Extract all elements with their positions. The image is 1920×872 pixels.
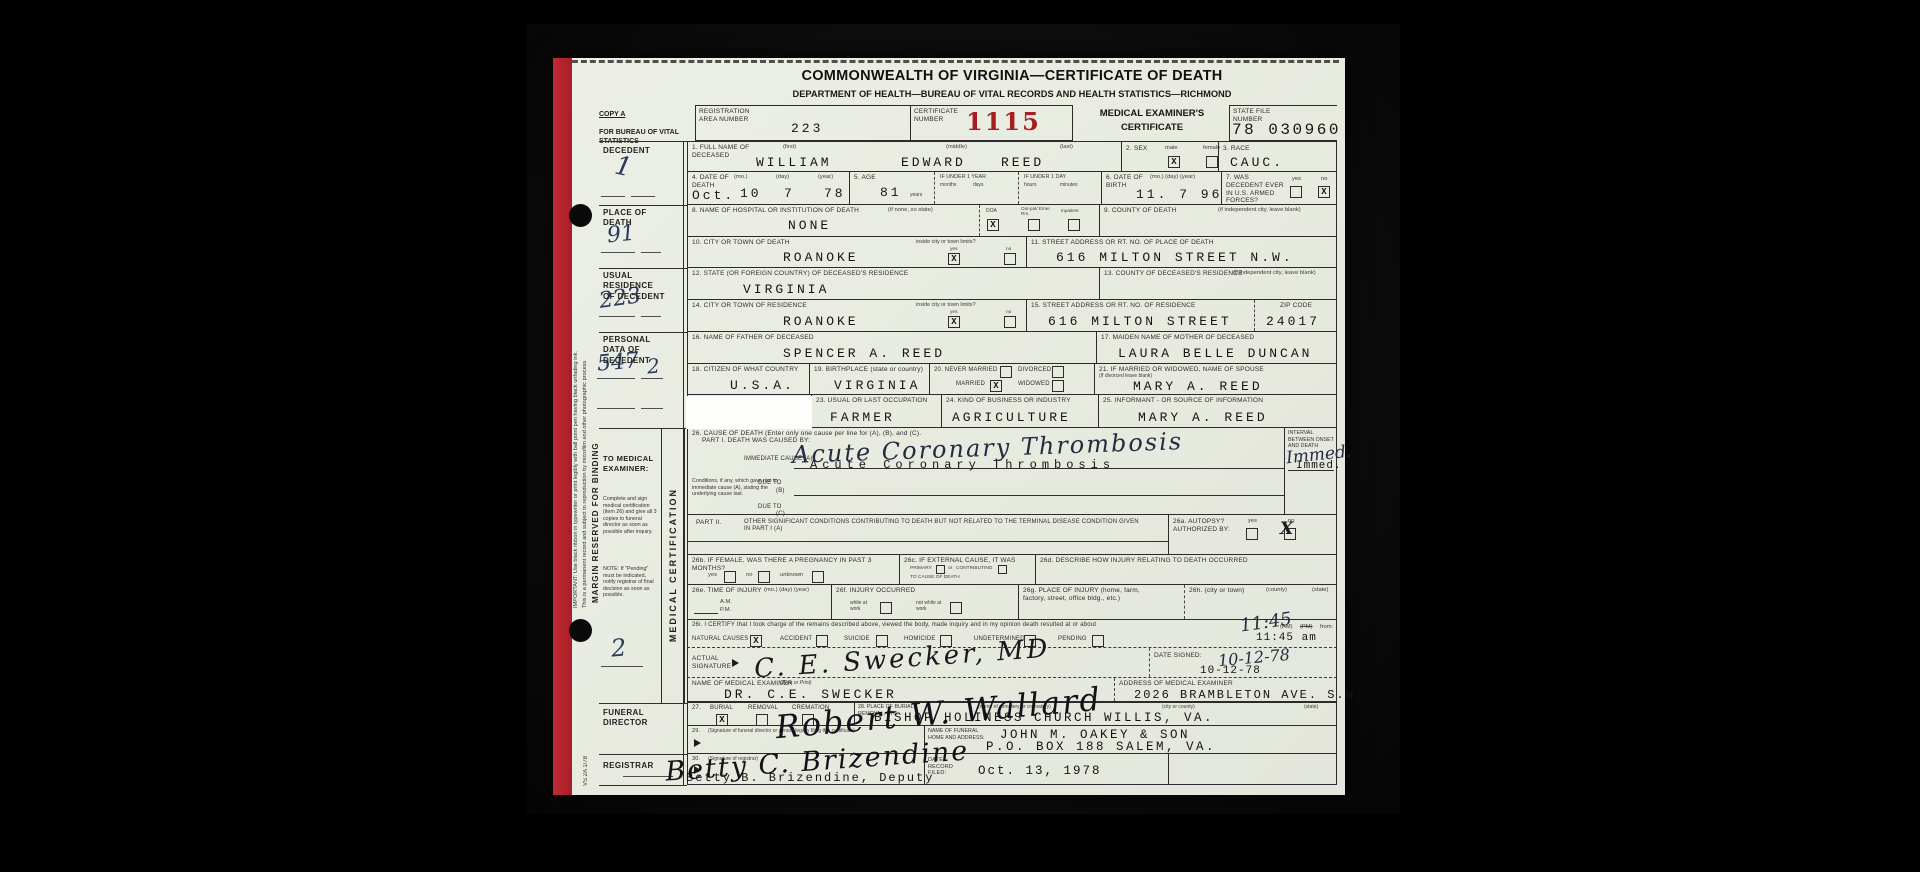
birthplace-label: 19. BIRTHPLACE (state or country) [814, 366, 926, 374]
pending-label: PENDING [1058, 636, 1087, 643]
registration-area-label: REGISTRATION AREA NUMBER [699, 108, 769, 124]
row-city-of-death: 10. CITY OR TOWN OF DEATH ROANOKE inside… [687, 237, 1337, 268]
res-limits-yes-label: yes [950, 310, 957, 315]
sex-male-checkbox: X [1168, 156, 1180, 168]
never-married-label: 20. NEVER MARRIED [934, 367, 997, 374]
margin-important-text: IMPORTANT: Use black ribbon in typewrite… [573, 263, 580, 608]
street-of-death-label: 11. STREET ADDRESS OR RT. NO. OF PLACE O… [1031, 239, 1214, 247]
age-label: 5. AGE [854, 174, 876, 182]
cause-of-death-section: 26. CAUSE OF DEATH (Enter only one cause… [687, 428, 1337, 515]
city-county-hint: (city or county) [1162, 704, 1195, 710]
me-cert-line1: MEDICAL EXAMINER'S [1077, 107, 1227, 121]
interval-cell [1284, 428, 1285, 514]
state-file-box: STATE FILE NUMBER 78 030960 [1229, 105, 1337, 141]
pm-paren-struck: (PM) [1300, 624, 1313, 630]
autopsy-yes-checkbox [1246, 528, 1258, 540]
widowed-label: WIDOWED [1018, 381, 1050, 388]
last-name-value: REED [1001, 155, 1044, 170]
preg-unknown-checkbox [812, 571, 824, 583]
injury-city-label: 26h. (city or town) [1189, 587, 1244, 595]
race-cell [1218, 142, 1219, 171]
perforated-edge [563, 60, 1339, 63]
while-at-work-checkbox [880, 602, 892, 614]
zip-label: ZIP CODE [1280, 302, 1312, 310]
registration-area-box: REGISTRATION AREA NUMBER 223 [695, 105, 911, 141]
res-limits-no-checkbox [1004, 316, 1016, 328]
contributing-checkbox [998, 565, 1007, 574]
armed-forces-cell [1221, 172, 1222, 204]
married-label: MARRIED [956, 381, 985, 388]
hospital-hint: (if none, so state) [888, 207, 933, 213]
autopsy-yes-label: yes [1248, 518, 1257, 524]
conditions-note: Conditions, if any, which gave rise to i… [692, 478, 786, 498]
res-limits-yes-checkbox: X [948, 316, 960, 328]
armed-forces-label: 7. WAS DECEDENT EVER IN U.S. ARMED FORCE… [1226, 174, 1288, 205]
copy-for-label: FOR BUREAU OF VITAL STATISTICS [599, 128, 679, 146]
widowed-checkbox [1052, 380, 1064, 392]
not-while-at-work-checkbox [950, 602, 962, 614]
race-value: CAUC. [1230, 155, 1284, 170]
informant-label: 25. INFORMANT - OR SOURCE OF INFORMATION [1103, 397, 1263, 405]
burial-checkbox: X [716, 714, 728, 726]
red-binding-band [553, 58, 572, 795]
under-1-day-cell [1018, 172, 1019, 204]
cell-26f [831, 585, 832, 619]
minutes-label: minutes [1060, 182, 1078, 188]
injury-county-label: (county) [1266, 587, 1287, 593]
divorced-label: DIVORCED [1018, 367, 1051, 374]
dob-hint: (mo.) (day) (year) [1150, 174, 1195, 180]
row-date-of-death: 4. DATE OF DEATH (mo.) (day) (year) Oct.… [687, 172, 1337, 205]
dob-cell [1101, 172, 1102, 204]
limits-label: inside city or town limits? [916, 239, 976, 245]
zip-value: 24017 [1266, 314, 1320, 329]
autopsy-cell [1168, 515, 1169, 554]
dob-value: 11. 7 96 [1136, 187, 1222, 202]
first-hint: (first) [783, 144, 796, 150]
death-year-value: 78 [824, 186, 846, 201]
preg-yes-label: yes [708, 572, 717, 578]
to-medical-examiner-note: Complete and sign medical certification … [603, 496, 659, 536]
limits-yes-checkbox: X [948, 253, 960, 265]
mother-cell [1096, 332, 1097, 363]
section-usual-residence: USUAL RESIDENCE OF DECEDENT [603, 271, 665, 302]
city-of-death-value: ROANOKE [783, 250, 859, 265]
document-subtitle: DEPARTMENT OF HEALTH—BUREAU OF VITAL REC… [687, 89, 1337, 99]
zip-cell [1254, 300, 1255, 331]
copy-label: COPY A [599, 111, 625, 118]
funeral-home-address: P.O. BOX 188 SALEM, VA. [986, 740, 1216, 754]
death-month-num-value: 10 [740, 186, 762, 201]
marital-cell [929, 364, 930, 394]
empty-right-cell [1168, 754, 1169, 784]
mother-label: 17. MAIDEN NAME OF MOTHER OF DECEASED [1101, 334, 1254, 342]
occupation-label: 23. USUAL OR LAST OCCUPATION [816, 397, 941, 405]
row-26b: 26b. IF FEMALE, WAS THERE A PREGNANCY IN… [687, 555, 1337, 585]
row-city-residence: 14. CITY OR TOWN OF RESIDENCE ROANOKE in… [687, 300, 1337, 332]
medical-certification-strip: MEDICAL CERTIFICATION [661, 428, 685, 703]
actual-signature-label: ACTUAL SIGNATURE [692, 655, 730, 671]
spouse-cell [1094, 364, 1095, 394]
time-of-injury-label: 26e. TIME OF INJURY [692, 587, 762, 595]
time-typed: 11:45 am [1256, 632, 1317, 644]
part2-label: PART II. [696, 519, 721, 527]
row-parents: 16. NAME OF FATHER OF DECEASED SPENCER A… [687, 332, 1337, 364]
medical-examiners-certificate-label: MEDICAL EXAMINER'S CERTIFICATE [1077, 107, 1227, 136]
place-of-injury-label: 26g. PLACE OF INJURY (home, farm, factor… [1023, 587, 1148, 603]
margin-reserved-text: MARGIN RESERVED FOR BINDING [591, 353, 600, 603]
accident-checkbox [816, 635, 828, 647]
state-residence-value: VIRGINIA [743, 282, 829, 297]
while-at-work-label: while at work [850, 600, 876, 612]
preg-no-checkbox [758, 571, 770, 583]
margin-important-note: IMPORTANT: Use black ribbon in typewrite… [573, 263, 589, 608]
natural-causes-label: NATURAL CAUSES [692, 636, 748, 643]
primary-checkbox [936, 565, 945, 574]
county-of-death-hint: (if independent city, leave blank) [1218, 207, 1301, 213]
informant-value: MARY A. REED [1138, 410, 1268, 425]
hospital-label: 8. NAME OF HOSPITAL OR INSTITUTION OF DE… [692, 207, 859, 215]
certificate-number-value: 1115 [966, 107, 1041, 136]
months-label: months [940, 182, 956, 188]
county-residence-cell [1099, 268, 1100, 299]
punch-hole [569, 204, 592, 227]
me-name-hint: (Type or Print) [780, 680, 812, 686]
describe-injury-label: 26d. DESCRIBE HOW INJURY RELATING TO DEA… [1040, 557, 1248, 565]
outpatient-checkbox [1028, 219, 1040, 231]
cell-26c [899, 555, 900, 584]
limits-yes-label: yes [950, 247, 957, 252]
county-residence-hint: (if independent city, leave blank) [1233, 270, 1316, 276]
sex-female-checkbox [1206, 156, 1218, 168]
county-of-death-cell [1099, 205, 1100, 236]
me-address-cell [1114, 678, 1115, 701]
or-label: or [948, 566, 952, 571]
res-limits-label: inside city or town limits? [916, 302, 976, 308]
age-cell [849, 172, 850, 204]
never-married-checkbox [1000, 366, 1012, 378]
hospital-value: NONE [788, 218, 831, 233]
time-of-injury-hint: (mo.) (day) (year) [764, 587, 809, 593]
inpatient-checkbox [1068, 219, 1080, 231]
middle-hint: (middle) [946, 144, 967, 150]
city-of-death-label: 10. CITY OR TOWN OF DEATH [692, 239, 790, 247]
industry-label: 24. KIND OF BUSINESS OR INDUSTRY [946, 397, 1071, 405]
occupation-value: FARMER [830, 410, 895, 425]
date-filed-value: Oct. 13, 1978 [978, 764, 1102, 778]
me-address-value: 2026 BRAMBLETON AVE. S.W. [1134, 688, 1364, 702]
father-value: SPENCER A. REED [783, 346, 945, 361]
citizen-value: U.S.A. [730, 378, 795, 393]
natural-causes-checkbox: X [750, 635, 762, 647]
divorced-checkbox [1052, 366, 1064, 378]
state-hint: (state) [1304, 704, 1318, 710]
from-label: from: [1320, 624, 1333, 630]
n29-label: 29. [692, 728, 700, 735]
first-name-value: WILLIAM [756, 155, 832, 170]
me-address-label: ADDRESS OF MEDICAL EXAMINER [1119, 680, 1233, 688]
birthplace-cell [809, 364, 810, 394]
industry-value: AGRICULTURE [952, 410, 1071, 425]
not-while-at-work-label: not while at work [916, 600, 946, 612]
pending-checkbox [1092, 635, 1104, 647]
under-1-day-label: IF UNDER 1 DAY [1024, 174, 1066, 180]
death-certificate-document: IMPORTANT: Use black ribbon in typewrite… [553, 58, 1345, 795]
sex-label: 2. SEX [1126, 145, 1147, 153]
sex-male-label: male [1165, 145, 1178, 151]
burial-label: BURIAL [710, 705, 733, 712]
certify-text: 26i. I CERTIFY that I took charge of the… [692, 622, 1244, 629]
doa-checkbox: X [987, 219, 999, 231]
section-to-medical-examiner: TO MEDICAL EXAMINER: [603, 454, 655, 474]
am-paren: (AM) [1280, 624, 1293, 630]
af-no-label: no [1321, 176, 1327, 182]
external-cause-label: 26c. IF EXTERNAL CAUSE, IT WAS [904, 557, 1016, 565]
days-label: days [973, 182, 984, 188]
pregnancy-label: 26b. IF FEMALE, WAS THERE A PREGNANCY IN… [692, 557, 872, 573]
citizen-label: 18. CITIZEN OF WHAT COUNTRY [692, 366, 802, 374]
cell-26d [1035, 555, 1036, 584]
limits-no-checkbox [1004, 253, 1016, 265]
informant-cell [1098, 395, 1099, 427]
to-medical-examiner-note2: NOTE: If "Pending" must be indicated, no… [603, 566, 659, 599]
margin-permanent-text: This is a permanent record and subject t… [582, 263, 589, 608]
inpatient-label: Inpatient [1061, 208, 1079, 213]
preg-unknown-label: unknown [780, 572, 803, 578]
preg-no-label: no [746, 572, 752, 578]
handwritten-margin-2b: 2 [610, 633, 628, 662]
state-file-value: 78 030960 [1232, 121, 1341, 139]
industry-cell [941, 395, 942, 427]
birthplace-value: VIRGINIA [834, 378, 920, 393]
af-yes-label: yes [1292, 176, 1301, 182]
limits-no-label: no [1006, 247, 1011, 252]
age-unit: years [910, 192, 922, 198]
to-cause-label: TO CAUSE OF DEATH [910, 575, 960, 580]
injury-occurred-label: 26f. INJURY OCCURRED [836, 587, 915, 595]
last-hint: (last) [1060, 144, 1073, 150]
doa-label: DOA [986, 208, 997, 214]
am-label: A.M. [720, 599, 732, 605]
section-place-of-death: PLACE OF DEATH [603, 208, 658, 229]
death-month-value: Oct. [692, 188, 735, 203]
punch-hole [569, 619, 592, 642]
certificate-number-label: CERTIFICATE NUMBER [914, 108, 974, 124]
cell-26g [1018, 585, 1019, 619]
n27-label: 27. [692, 705, 701, 712]
year-hint: (year) [818, 174, 833, 180]
autopsy-no-handwritten-x: X [1280, 519, 1293, 539]
certificate-number-box: CERTIFICATE NUMBER 1115 [911, 105, 1073, 141]
accident-label: ACCIDENT [780, 636, 812, 643]
screenshot: IMPORTANT: Use black ribbon in typewrite… [0, 0, 1920, 872]
street-residence-cell [1026, 300, 1027, 331]
row-hospital: 8. NAME OF HOSPITAL OR INSTITUTION OF DE… [687, 205, 1337, 237]
street-of-death-cell [1026, 237, 1027, 267]
day-hint: (day) [776, 174, 789, 180]
suicide-label: SUICIDE [844, 636, 870, 643]
county-of-death-label: 9. COUNTY OF DEATH [1104, 207, 1176, 215]
under-1-year-cell [934, 172, 935, 204]
row-state-residence: 12. STATE (OR FOREIGN COUNTRY) OF DECEAS… [687, 268, 1337, 300]
age-value: 81 [880, 185, 902, 200]
res-limits-no-label: no [1006, 310, 1011, 315]
preg-yes-checkbox [724, 571, 736, 583]
injury-state-label: (state) [1312, 587, 1328, 593]
section-personal-data: PERSONAL DATA OF DECEDENT [603, 335, 665, 366]
scan-photo-background: IMPORTANT: Use black ribbon in typewrite… [527, 24, 1400, 814]
row-occupation: 22. SOCIAL SECURITY NUMBER 23. USUAL OR … [687, 395, 1337, 428]
married-checkbox: X [990, 380, 1002, 392]
part2-text: OTHER SIGNIFICANT CONDITIONS CONTRIBUTIN… [744, 519, 1144, 533]
full-name-label: 1. FULL NAME OF DECEASED [692, 144, 752, 160]
contributing-label: CONTRIBUTING [956, 566, 993, 571]
under-1-year-label: IF UNDER 1 YEAR [940, 174, 986, 180]
cell-26h [1184, 585, 1185, 619]
me-cert-line2: CERTIFICATE [1077, 121, 1227, 135]
removal-checkbox [756, 714, 768, 726]
county-residence-label: 13. COUNTY OF DECEASED'S RESIDENCE [1104, 270, 1243, 278]
authorized-by-label: AUTHORIZED BY: [1173, 526, 1230, 534]
father-label: 16. NAME OF FATHER OF DECEASED [692, 334, 814, 342]
street-of-death-value: 616 MILTON STREET N.W. [1056, 250, 1294, 265]
medical-certification-label: MEDICAL CERTIFICATION [668, 488, 678, 642]
row-me-signature: ACTUAL SIGNATURE C. E. Swecker, MD DATE … [687, 648, 1337, 678]
mo-hint: (mo.) [734, 174, 748, 180]
primary-label: PRIMARY [910, 566, 932, 571]
mother-value: LAURA BELLE DUNCAN [1118, 346, 1312, 361]
form-number: VS 2A 1/78 [583, 736, 589, 786]
document-title: COMMONWEALTH OF VIRGINIA—CERTIFICATE OF … [687, 68, 1337, 84]
date-signed-label: DATE SIGNED: [1154, 652, 1202, 660]
death-day-value: 7 [784, 186, 795, 201]
race-label: 3. RACE [1223, 145, 1250, 153]
hours-label: hours [1024, 182, 1037, 188]
section-funeral-director: FUNERAL DIRECTOR [603, 708, 655, 729]
arrow-icon [694, 739, 701, 747]
registration-area-value: 223 [791, 121, 823, 136]
arrow-icon [732, 659, 739, 667]
date-signed-typed: 10-12-78 [1200, 665, 1261, 677]
street-residence-label: 15. STREET ADDRESS OR RT. NO. OF RESIDEN… [1031, 302, 1196, 310]
spouse-value: MARY A. REED [1133, 379, 1263, 394]
part2-section: PART II. OTHER SIGNIFICANT CONDITIONS CO… [687, 515, 1337, 555]
date-signed-cell [1149, 648, 1150, 677]
pm-label: P.M. [720, 607, 731, 613]
street-residence-value: 616 MILTON STREET [1048, 314, 1232, 329]
outpatient-label: Out-pat/ Emer. Rm. [1021, 206, 1051, 216]
section-decedent: DECEDENT [603, 146, 650, 156]
row-citizen-marital: 18. CITIZEN OF WHAT COUNTRY U.S.A. 19. B… [687, 364, 1337, 395]
autopsy-label: 26a. AUTOPSY? [1173, 518, 1224, 526]
af-no-checkbox: X [1318, 186, 1330, 198]
section-registrar: REGISTRAR [603, 761, 654, 771]
row-full-name: 1. FULL NAME OF DECEASED (first) (middle… [687, 141, 1337, 172]
middle-name-value: EDWARD [901, 155, 966, 170]
doa-col [979, 205, 980, 236]
city-residence-label: 14. CITY OR TOWN OF RESIDENCE [692, 302, 807, 310]
af-yes-checkbox [1290, 186, 1302, 198]
sex-cell [1121, 142, 1122, 171]
state-residence-label: 12. STATE (OR FOREIGN COUNTRY) OF DECEAS… [692, 270, 908, 278]
ssn-redaction-box [686, 396, 812, 429]
city-residence-value: ROANOKE [783, 314, 859, 329]
